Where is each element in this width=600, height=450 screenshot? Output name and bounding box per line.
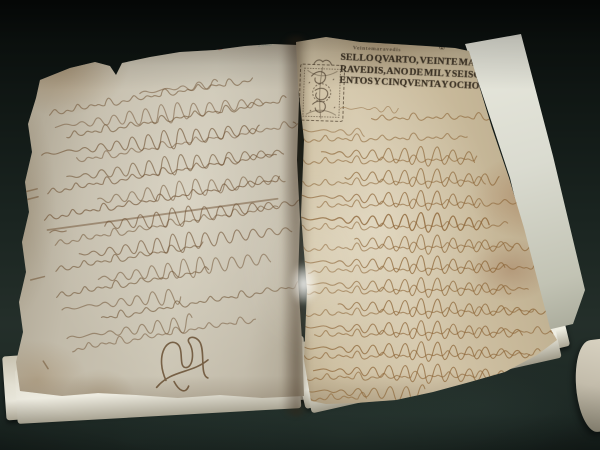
margin-marks — [21, 189, 56, 370]
revenue-stamp-heading: ✠ Veintemaravedis SELLO QVARTO, VEINTE M… — [339, 45, 491, 93]
flash-glare — [286, 256, 322, 312]
signature-rubric — [152, 336, 211, 394]
manuscript-photo: 5 1663 — [0, 0, 600, 450]
paper-corner — [571, 338, 600, 434]
